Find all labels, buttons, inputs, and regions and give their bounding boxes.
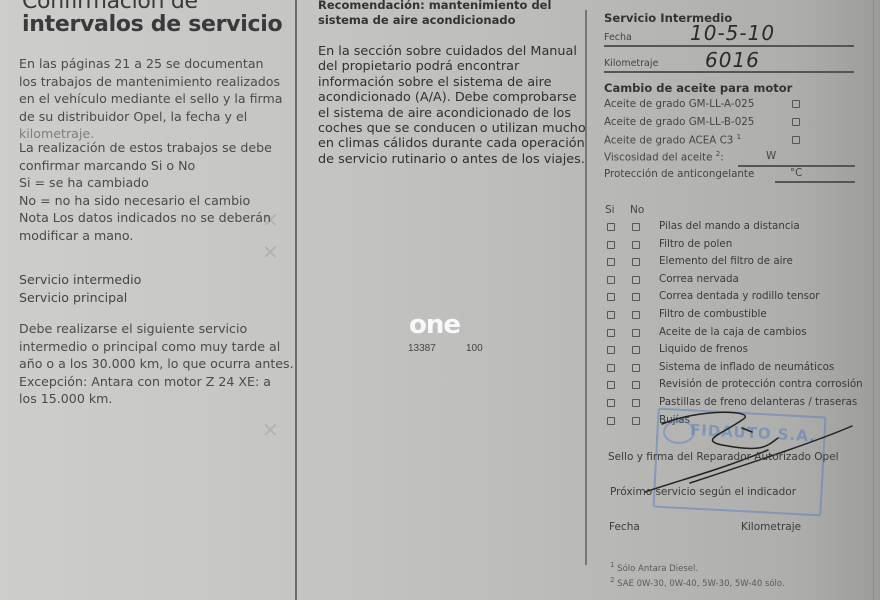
checklist-item-label: Elemento del filtro de aire (659, 255, 793, 267)
checklist-header-yes: Si (605, 204, 615, 216)
checklist-yes-checkbox[interactable] (607, 399, 615, 407)
checklist-item-label: Sistema de inflado de neumáticos (659, 361, 834, 373)
oil-option-label-text: Aceite de grado ACEA C3 (604, 134, 733, 146)
service-types: Servicio intermedio Servicio principal (19, 271, 289, 306)
intro-line: los trabajos de mantenimiento realizados (19, 73, 289, 91)
page-title-line2: intervalos de servicio (22, 12, 282, 37)
checklist-no-checkbox[interactable] (632, 258, 640, 266)
checklist-yes-checkbox[interactable] (607, 364, 615, 372)
checklist-no-checkbox[interactable] (632, 276, 640, 284)
note-line: Si = se ha cambiado (19, 174, 289, 192)
checklist-no-checkbox[interactable] (632, 417, 640, 425)
checklist-item-label: Pilas del mando a distancia (659, 220, 800, 232)
date-label: Fecha (604, 32, 632, 43)
signature-label: Sello y firma del Reparador Autorizado O… (608, 451, 839, 463)
oil-option-label: Aceite de grado GM-LL-B-025 (604, 116, 754, 128)
recommendation-line: acondicionado (A/A). Debe comprobarse (318, 90, 586, 105)
recommendation-line: de servicio rutinario o antes de los via… (318, 152, 586, 167)
mileage-underline (604, 71, 854, 73)
checklist-yes-checkbox[interactable] (607, 381, 615, 389)
note-line: confirmar marcando Si o No (19, 157, 289, 175)
intro-line: En las páginas 21 a 25 se documentan (19, 55, 289, 73)
footnote-text: Sólo Antara Diesel. (617, 564, 698, 574)
checklist-yes-checkbox[interactable] (607, 276, 615, 284)
checklist-no-checkbox[interactable] (632, 364, 640, 372)
next-service-label: Próximo servicio según el indicador (610, 486, 796, 498)
intro-line: de su distribuidor Opel, la fecha y el (19, 108, 289, 126)
watermark-number-right: 100 (466, 343, 483, 354)
viscosity-unit: W (766, 150, 776, 162)
oil-option-label: Aceite de grado ACEA C3 1 (604, 133, 741, 146)
checklist-item-label: Aceite de la caja de cambios (659, 326, 807, 338)
checklist-no-checkbox[interactable] (632, 223, 640, 231)
recommendation-title-line: Recomendación: mantenimiento del (318, 0, 551, 13)
recommendation-line: del propietario podrá encontrar (318, 59, 586, 74)
recommendation-line: en climas cálidos durante cada operación (318, 136, 586, 151)
checklist-yes-checkbox[interactable] (607, 241, 615, 249)
requirement-line: los 15.000 km. (19, 390, 289, 408)
checklist-item-label: Revisión de protección contra corrosión (659, 378, 863, 390)
checklist-item-label: Filtro de combustible (659, 308, 767, 320)
viscosity-label-text: Viscosidad del aceite (604, 151, 712, 163)
checklist-item-label: Correa nervada (659, 273, 739, 285)
oil-change-heading: Cambio de aceite para motor (604, 81, 792, 95)
requirement-line: intermedio o principal como muy tarde al (19, 338, 289, 356)
footnote-mark: 1 (610, 561, 614, 569)
checklist-header-no: No (630, 204, 644, 216)
checklist-yes-checkbox[interactable] (607, 417, 615, 425)
checklist-no-checkbox[interactable] (632, 293, 640, 301)
oil-option-checkbox[interactable] (792, 136, 800, 144)
intro-paragraph: En las páginas 21 a 25 se documentan los… (19, 55, 289, 143)
checklist-item-label: Pastillas de freno delanteras / traseras (659, 396, 857, 408)
recommendation-title-line: sistema de aire acondicionado (318, 13, 551, 28)
footnote-1: 1 Sólo Antara Diesel. (610, 561, 698, 574)
footnote-marker: 2 (716, 150, 720, 158)
note-line: Nota Los datos indicados no se deberán (19, 209, 289, 227)
footnote-mark: 2 (610, 576, 614, 584)
next-date-label: Fecha (609, 521, 640, 533)
oil-option-checkbox[interactable] (792, 100, 800, 108)
recommendation-line: el sistema de aire acondicionado de los (318, 106, 586, 121)
requirement-line: Excepción: Antara con motor Z 24 XE: a (19, 373, 289, 391)
requirement-line: Debe realizarse el siguiente servicio (19, 320, 289, 338)
checklist-no-checkbox[interactable] (632, 311, 640, 319)
antifreeze-unit: °C (790, 167, 802, 179)
date-value-handwritten[interactable]: 10-5-10 (690, 21, 775, 45)
footnote-2: 2 SAE 0W-30, 0W-40, 5W-30, 5W-40 sólo. (610, 576, 785, 589)
checklist-yes-checkbox[interactable] (607, 293, 615, 301)
requirement-paragraph: Debe realizarse el siguiente servicio in… (19, 320, 289, 408)
mileage-value-handwritten[interactable]: 6016 (705, 48, 760, 72)
checklist-item-label: Filtro de polen (659, 238, 732, 250)
antifreeze-label: Protección de anticongelante (604, 168, 754, 180)
checklist-no-checkbox[interactable] (632, 399, 640, 407)
recommendation-line: En la sección sobre cuidados del Manual (318, 44, 586, 59)
note-line: modificar a mano. (19, 227, 289, 245)
date-underline (604, 45, 854, 47)
watermark-number-left: 13387 (408, 343, 436, 354)
intro-line: en el vehículo mediante el sello y la fi… (19, 90, 289, 108)
checklist-item-label: Correa dentada y rodillo tensor (659, 290, 820, 302)
viscosity-label: Viscosidad del aceite 2: (604, 150, 724, 163)
footnote-text: SAE 0W-30, 0W-40, 5W-30, 5W-40 sólo. (617, 579, 785, 589)
mileage-label: Kilometraje (604, 58, 658, 69)
service-type-intermediate: Servicio intermedio (19, 271, 289, 289)
footnote-marker: 1 (737, 133, 741, 141)
notes-paragraph: La realización de estos trabajos se debe… (19, 139, 289, 244)
checklist-yes-checkbox[interactable] (607, 346, 615, 354)
checklist-no-checkbox[interactable] (632, 329, 640, 337)
service-type-main: Servicio principal (19, 289, 289, 307)
checklist-yes-checkbox[interactable] (607, 329, 615, 337)
requirement-line: año o a los 30.000 km, lo que ocurra ant… (19, 355, 289, 373)
checklist-yes-checkbox[interactable] (607, 258, 615, 266)
checklist-yes-checkbox[interactable] (607, 223, 615, 231)
next-mileage-label: Kilometraje (741, 521, 801, 533)
checklist-no-checkbox[interactable] (632, 381, 640, 389)
oil-option-label: Aceite de grado GM-LL-A-025 (604, 98, 754, 110)
recommendation-line: información sobre el sistema de aire (318, 75, 586, 90)
watermark-logo: one (409, 310, 460, 340)
antifreeze-field[interactable] (775, 181, 855, 183)
recommendation-body: En la sección sobre cuidados del Manual … (318, 44, 586, 167)
checklist-yes-checkbox[interactable] (607, 311, 615, 319)
checklist-no-checkbox[interactable] (632, 241, 640, 249)
checklist-item-label: Liquido de frenos (659, 343, 748, 355)
checklist-no-checkbox[interactable] (632, 346, 640, 354)
note-line: La realización de estos trabajos se debe (19, 139, 289, 157)
oil-option-checkbox[interactable] (792, 118, 800, 126)
recommendation-title: Recomendación: mantenimiento del sistema… (318, 0, 551, 28)
recommendation-line: coches que se conducen o utilizan mucho (318, 121, 586, 136)
note-line: No = no ha sido necesario el cambio (19, 192, 289, 210)
